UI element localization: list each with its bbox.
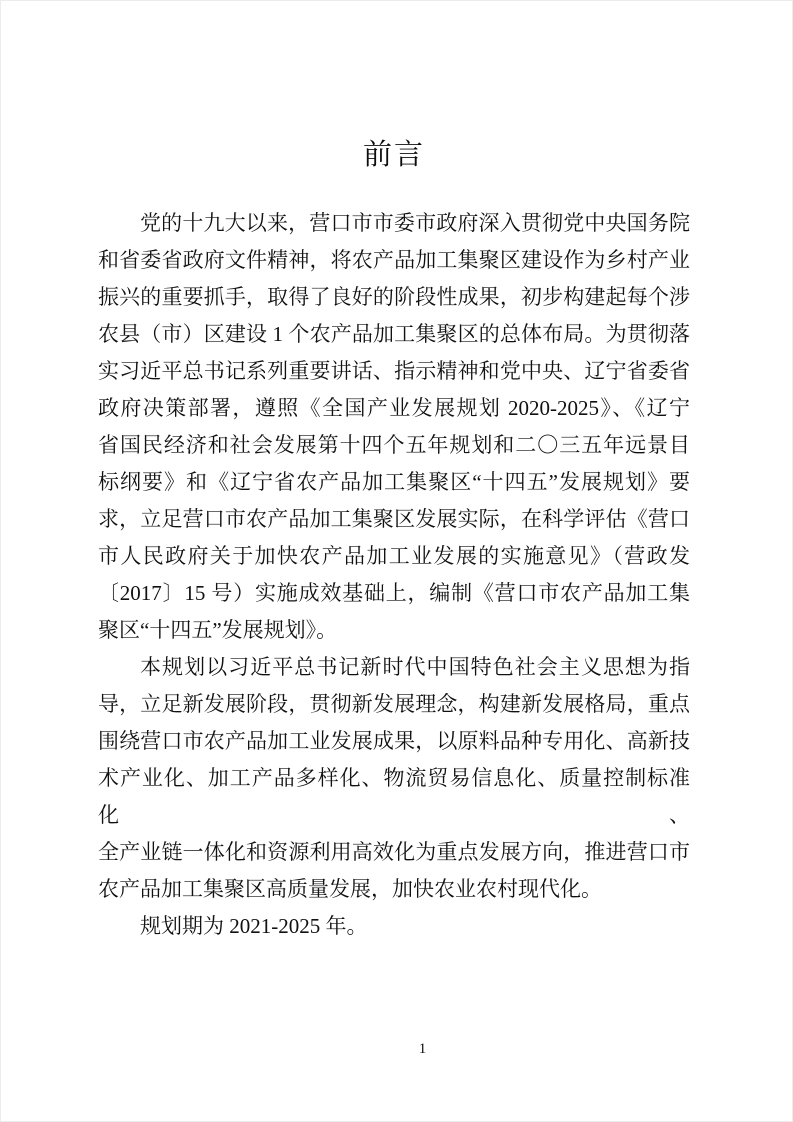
text-line: 〔2017〕15 号）实施成效基础上，编制《营口市农产品加工集 <box>98 575 690 612</box>
text-line: 党的十九大以来，营口市市委市政府深入贯彻党中央国务院 <box>98 205 690 242</box>
text-line: 术产业化、加工产品多样化、物流贸易信息化、质量控制标准化、 <box>98 760 690 834</box>
text-line: 省国民经济和社会发展第十四个五年规划和二〇三五年远景目 <box>98 427 690 464</box>
text-line: 农产品加工集聚区高质量发展，加快农业农村现代化。 <box>98 871 690 908</box>
text-line: 标纲要》和《辽宁省农产品加工集聚区“十四五”发展规划》要 <box>98 464 690 501</box>
text-line: 实习近平总书记系列重要讲话、指示精神和党中央、辽宁省委省 <box>98 353 690 390</box>
text-line: 政府决策部署，遵照《全国产业发展规划 2020-2025》、《辽宁 <box>98 390 690 427</box>
document-page: 前言 党的十九大以来，营口市市委市政府深入贯彻党中央国务院和省委省政府文件精神，… <box>0 0 793 1122</box>
text-line: 导，立足新发展阶段，贯彻新发展理念，构建新发展格局，重点 <box>98 686 690 723</box>
text-line: 和省委省政府文件精神，将农产品加工集聚区建设作为乡村产业 <box>98 242 690 279</box>
text-line: 围绕营口市农产品加工业发展成果，以原料品种专用化、高新技 <box>98 723 690 760</box>
page-number: 1 <box>26 1040 793 1058</box>
text-line: 农县（市）区建设 1 个农产品加工集聚区的总体布局。为贯彻落 <box>98 316 690 353</box>
document-body: 党的十九大以来，营口市市委市政府深入贯彻党中央国务院和省委省政府文件精神，将农产… <box>98 205 690 945</box>
text-line: 市人民政府关于加快农产品加工业发展的实施意见》（营政发 <box>98 538 690 575</box>
text-line: 全产业链一体化和资源利用高效化为重点发展方向，推进营口市 <box>98 834 690 871</box>
text-line: 聚区“十四五”发展规划》。 <box>98 612 690 649</box>
text-line: 求，立足营口市农产品加工集聚区发展实际，在科学评估《营口 <box>98 501 690 538</box>
text-line: 振兴的重要抓手，取得了良好的阶段性成果，初步构建起每个涉 <box>98 279 690 316</box>
text-line: 规划期为 2021-2025 年。 <box>98 908 690 945</box>
text-line: 本规划以习近平总书记新时代中国特色社会主义思想为指 <box>98 649 690 686</box>
page-title: 前言 <box>98 133 690 177</box>
